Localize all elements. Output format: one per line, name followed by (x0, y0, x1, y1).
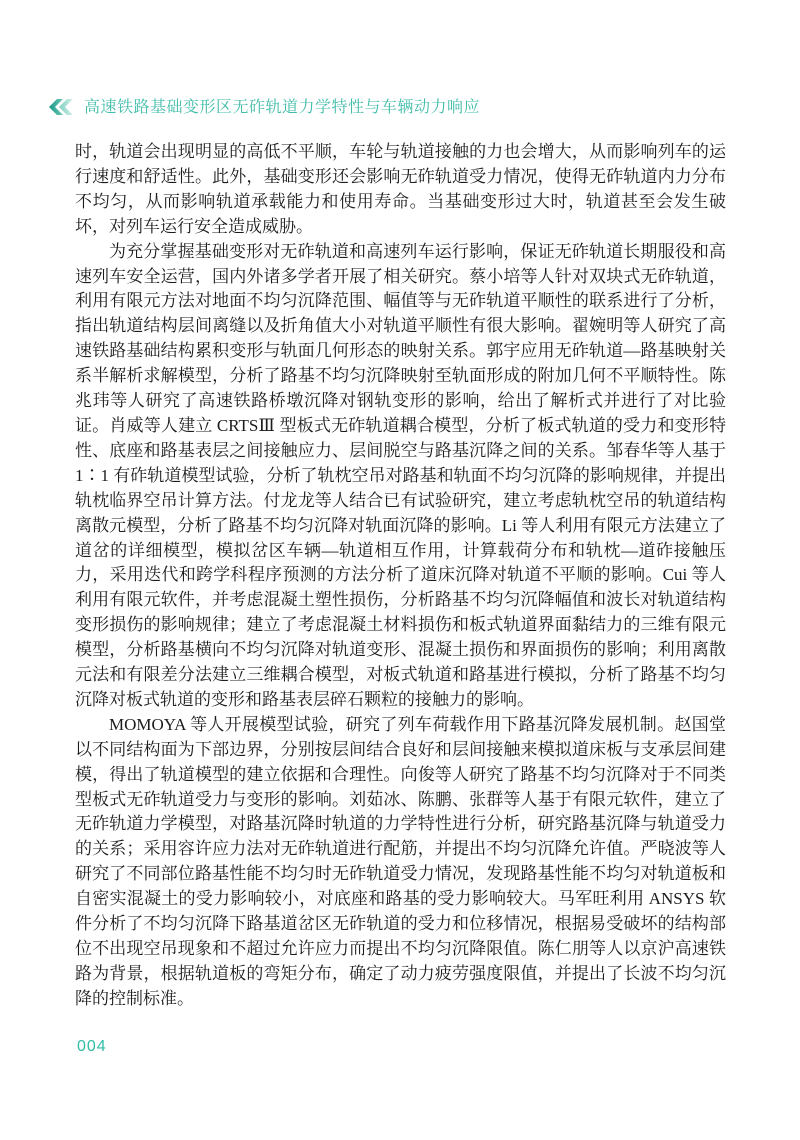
double-chevron-left-icon (45, 97, 75, 117)
page-body: 时，轨道会出现明显的高低不平顺，车轮与轨道接触的力也会增大，从而影响列车的运行速… (75, 140, 726, 1012)
book-title: 高速铁路基础变形区无砟轨道力学特性与车辆动力响应 (84, 94, 480, 117)
paragraph-continued: 时，轨道会出现明显的高低不平顺，车轮与轨道接触的力也会增大，从而影响列车的运行速… (75, 140, 726, 240)
paragraph: MOMOYA 等人开展模型试验，研究了列车荷载作用下路基沉降发展机制。赵国堂以不… (75, 713, 726, 1012)
running-header: 高速铁路基础变形区无砟轨道力学特性与车辆动力响应 (45, 94, 740, 117)
paragraph: 为充分掌握基础变形对无砟轨道和高速列车运行影响，保证无砟轨道长期服役和高速列车安… (75, 240, 726, 713)
page-number: 004 (77, 1038, 107, 1056)
